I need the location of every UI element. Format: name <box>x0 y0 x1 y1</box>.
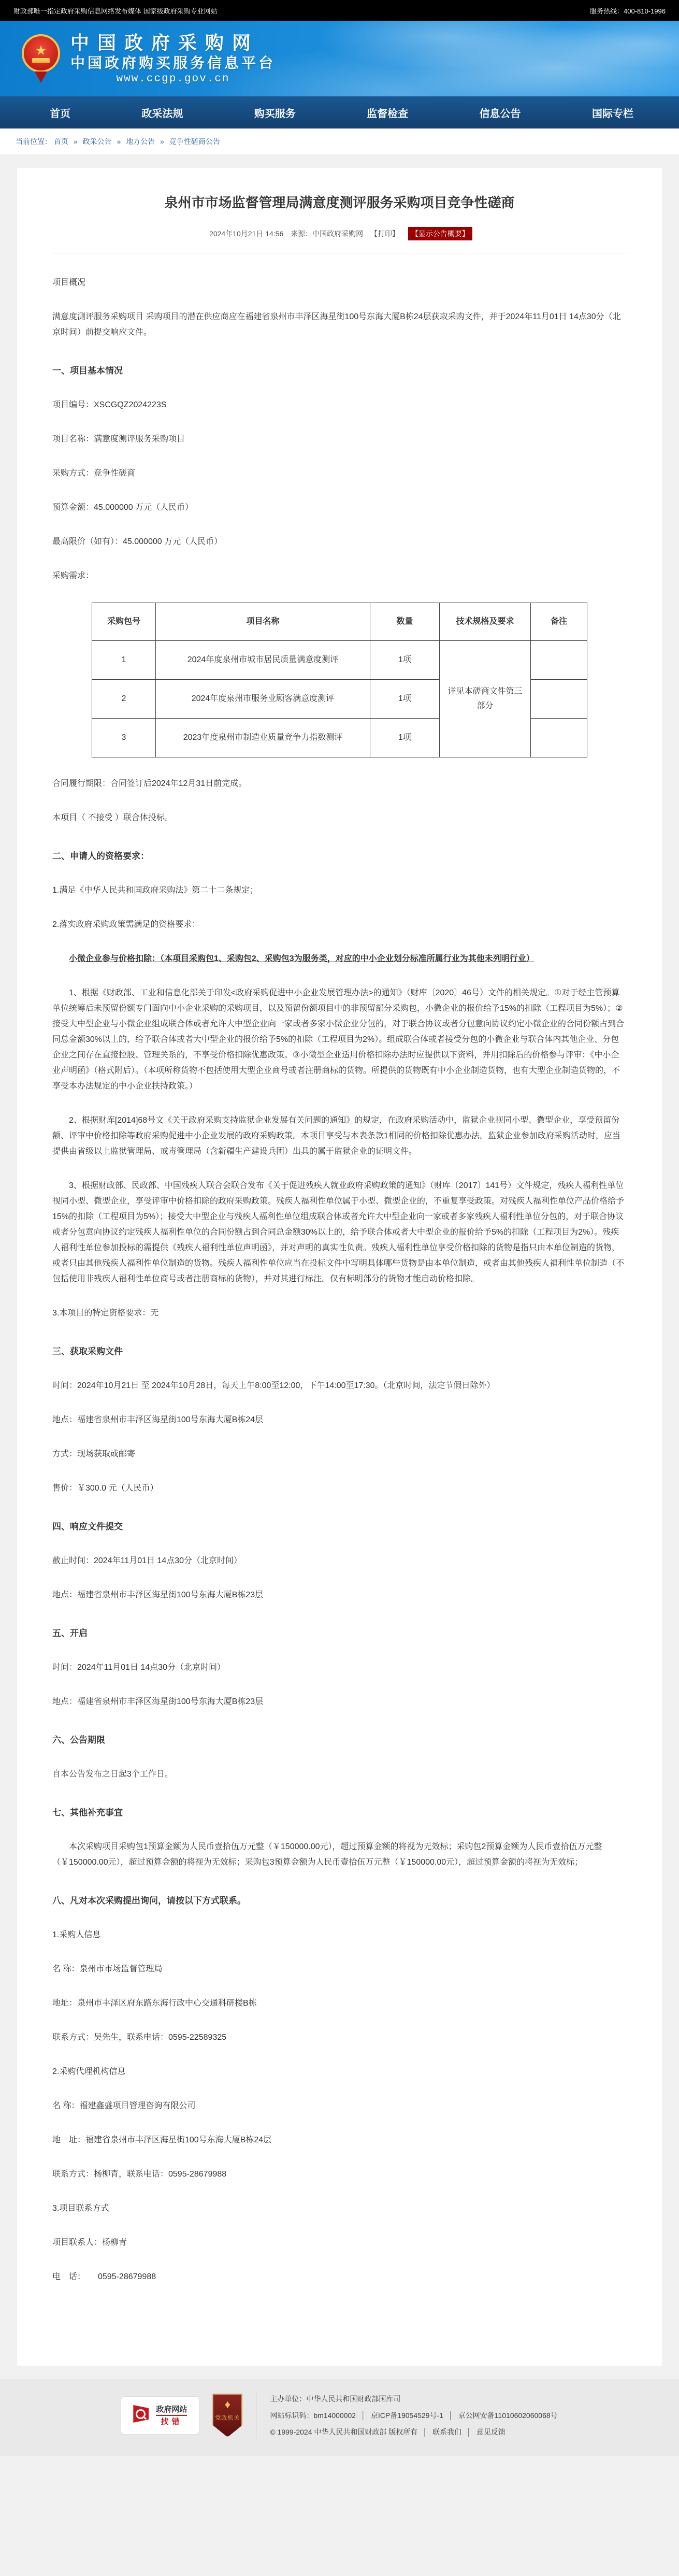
nav-item-5[interactable]: 信息公告 <box>480 105 521 120</box>
breadcrumb: 当前位置：首页 » 政采公告 » 地方公告 » 竞争性磋商公告 <box>0 128 679 154</box>
paragraph: 名 称：泉州市市场监督管理局 <box>52 1962 627 1977</box>
gov-site-error-report-badge[interactable]: 政府网站 找错 <box>121 2397 199 2434</box>
paragraph: 最高限价（如有）：45.000000 万元（人民币） <box>52 534 627 550</box>
table-cell-project-name: 2023年度泉州市制造业质量竞争力指数测评 <box>156 719 370 757</box>
paragraph: 2.采购代理机构信息 <box>52 2064 627 2080</box>
paragraph: 本次采购项目采购包1预算金额为人民币壹拾伍万元整（￥150000.00元），超过… <box>52 1839 627 1870</box>
party-gov-badge-icon[interactable]: ♦ 党政机关 <box>212 2394 242 2437</box>
paragraph: 3.本项目的特定资格要求：无 <box>52 1306 627 1321</box>
table-header-cell: 技术规格及要求 <box>440 603 531 641</box>
article-body: 项目概况满意度测评服务采购项目 采购项目的潜在供应商应在福建省泉州市丰泽区海星街… <box>17 253 662 2285</box>
nav-item-1[interactable]: 首页 <box>50 105 70 120</box>
badge-find-error-top: 政府网站 <box>156 2405 187 2416</box>
section-heading: 二、申请人的资格要求： <box>52 849 627 864</box>
breadcrumb-separator: » <box>71 137 80 146</box>
table-cell-project-name: 2024年度泉州市城市居民质量满意度测评 <box>156 641 370 680</box>
site-slogan: 财政部唯一指定政府采购信息网络发布媒体 国家级政府采购专业网站 <box>13 6 218 16</box>
paragraph: 售价：￥300.0 元（人民币） <box>52 1481 627 1496</box>
paragraph: 2.落实政府采购政策需满足的资格要求： <box>52 917 627 933</box>
paragraph: 预算金额：45.000000 万元（人民币） <box>52 500 627 516</box>
article-source: 来源：中国政府采购网 <box>291 230 363 238</box>
print-button[interactable]: 【打印】 <box>370 230 399 238</box>
paragraph: 采购需求： <box>52 568 627 584</box>
footer-registration-line: 网站标识码：bm14000002│京ICP备19054529号-1│京公网安备1… <box>270 2407 557 2424</box>
breadcrumb-link-2[interactable]: 政采公告 <box>83 137 112 146</box>
paragraph: 项目概况 <box>52 275 627 291</box>
table-row: 12024年度泉州市城市居民质量满意度测评1项详见本磋商文件第三部分 <box>92 641 587 680</box>
paragraph: 采购方式：竞争性磋商 <box>52 466 627 481</box>
section-heading: 四、响应文件提交 <box>52 1519 627 1535</box>
paragraph: 地点：福建省泉州市丰泽区海星街100号东海大厦B栋23层 <box>52 1694 627 1710</box>
publish-datetime: 2024年10月21日 14:56 <box>209 230 283 238</box>
table-cell-spec: 详见本磋商文件第三部分 <box>440 641 531 757</box>
paragraph: 截止时间：2024年11月01日 14点30分（北京时间） <box>52 1553 627 1569</box>
paragraph: 3、根据财政部、民政部、中国残疾人联合会联合发布《关于促进残疾人就业政府采购政策… <box>52 1178 627 1287</box>
footer-separator: │ <box>361 2411 366 2420</box>
breadcrumb-separator: » <box>115 137 123 146</box>
table-cell-note <box>531 719 587 757</box>
footer-text: 主办单位：中华人民共和国财政部国库司 网站标识码：bm14000002│京ICP… <box>270 2391 557 2440</box>
section-heading: 七、其他补充事宜 <box>52 1805 627 1821</box>
breadcrumb-separator: » <box>158 137 166 146</box>
table-cell-quantity: 1项 <box>370 641 440 680</box>
paragraph: 联系方式：杨柳青，联系电话：0595-28679988 <box>52 2167 627 2182</box>
table-header-cell: 项目名称 <box>156 603 370 641</box>
table-cell-quantity: 1项 <box>370 680 440 719</box>
site-url: www.ccgp.gov.cn <box>70 73 276 85</box>
site-header-banner: ★ 中国政府采购网 中国政府购买服务信息平台 www.ccgp.gov.cn <box>0 21 679 96</box>
announcement-card: 泉州市市场监督管理局满意度测评服务采购项目竞争性磋商 2024年10月21日 1… <box>17 168 662 2366</box>
breadcrumb-link-3[interactable]: 地方公告 <box>126 137 155 146</box>
table-cell-note <box>531 641 587 680</box>
paragraph: 3.项目联系方式 <box>52 2201 627 2216</box>
footer-separator: │ <box>449 2411 453 2420</box>
party-badge-label: 党政机关 <box>215 2413 240 2422</box>
paragraph: 时间：2024年11月01日 14点30分（北京时间） <box>52 1660 627 1676</box>
page-background: 泉州市市场监督管理局满意度测评服务采购项目竞争性磋商 2024年10月21日 1… <box>0 154 679 2366</box>
table-header-cell: 采购包号 <box>92 603 156 641</box>
site-name: 中国政府采购网 <box>70 33 276 53</box>
footer-site-code: 网站标识码：bm14000002 <box>270 2411 356 2420</box>
table-cell-note <box>531 680 587 719</box>
paragraph: 项目联系人：杨柳青 <box>52 2235 627 2251</box>
paragraph: 项目编号：XSCGQZ2024223S <box>52 397 627 413</box>
section-heading: 三、获取采购文件 <box>52 1344 627 1359</box>
footer-divider <box>256 2392 256 2439</box>
paragraph: 地点：福建省泉州市丰泽区海星街100号东海大厦B栋23层 <box>52 1587 627 1603</box>
table-cell-package-no: 2 <box>92 680 156 719</box>
badge-find-error-bottom: 找错 <box>156 2417 187 2426</box>
footer-feedback-link[interactable]: 意见反馈 <box>476 2428 505 2436</box>
paragraph: 1、根据《财政部、工业和信息化部关于印发<政府采购促进中小企业发展管理办法>的通… <box>52 985 627 1094</box>
breadcrumb-link-4[interactable]: 竞争性磋商公告 <box>169 137 220 146</box>
footer-separator: │ <box>467 2428 471 2436</box>
nav-item-2[interactable]: 政采法规 <box>141 105 183 120</box>
paragraph: 地址：泉州市丰泽区府东路东海行政中心交通科研楼B栋 <box>52 1996 627 2011</box>
table-header-cell: 数量 <box>370 603 440 641</box>
footer-icp: 京ICP备19054529号-1 <box>371 2411 443 2420</box>
paragraph: 1.满足《中华人民共和国政府采购法》第二十二条规定； <box>52 883 627 898</box>
site-footer: 政府网站 找错 ♦ 党政机关 主办单位：中华人民共和国财政部国库司 网站标识码：… <box>0 2379 679 2456</box>
paragraph: 小微企业参与价格扣除：（本项目采购包1、采购包2、采购包3为服务类，对应的中小企… <box>52 951 627 967</box>
page-title: 泉州市市场监督管理局满意度测评服务采购项目竞争性磋商 <box>17 168 662 211</box>
section-heading: 一、项目基本情况 <box>52 363 627 379</box>
paragraph: 时间：2024年10月21日 至 2024年10月28日，每天上午8:00至12… <box>52 1378 627 1394</box>
table-cell-quantity: 1项 <box>370 719 440 757</box>
paragraph: 电 话： 0595-28679988 <box>52 2269 627 2285</box>
paragraph: 联系方式：吴先生，联系电话：0595-22589325 <box>52 2030 627 2045</box>
footer-police-record: 京公网安备11010602060068号 <box>458 2411 558 2420</box>
show-summary-button[interactable]: 【显示公告概要】 <box>408 227 472 240</box>
site-logo[interactable]: 中国政府采购网 中国政府购买服务信息平台 www.ccgp.gov.cn <box>70 33 276 85</box>
table-cell-project-name: 2024年度泉州市服务业顾客满意度测评 <box>156 680 370 719</box>
national-emblem-icon: ★ <box>22 32 60 85</box>
article-meta: 2024年10月21日 14:56 来源：中国政府采购网 【打印】 【显示公告概… <box>17 227 662 240</box>
paragraph: 项目名称：满意度测评服务采购项目 <box>52 432 627 447</box>
footer-contact-link[interactable]: 联系我们 <box>432 2428 461 2436</box>
requirements-table: 采购包号项目名称数量技术规格及要求备注12024年度泉州市城市居民质量满意度测评… <box>92 603 587 757</box>
paragraph: 方式：现场获取或邮寄 <box>52 1447 627 1462</box>
table-cell-package-no: 3 <box>92 719 156 757</box>
paragraph: 本项目（ 不接受 ）联合体投标。 <box>52 810 627 826</box>
paragraph: 满意度测评服务采购项目 采购项目的潜在供应商应在福建省泉州市丰泽区海星街100号… <box>52 309 627 340</box>
footer-copyright: © 1999-2024 中华人民共和国财政部 版权所有 <box>270 2428 417 2436</box>
find-error-magnifier-icon <box>133 2405 151 2426</box>
paragraph: 2、根据财库[2014]68号文《关于政府采购支持监狱企业发展有关问题的通知》的… <box>52 1113 627 1160</box>
table-header-cell: 备注 <box>531 603 587 641</box>
paragraph: 地点：福建省泉州市丰泽区海星街100号东海大厦B栋24层 <box>52 1412 627 1428</box>
paragraph: 自本公告发布之日起3个工作日。 <box>52 1767 627 1782</box>
nav-item-4[interactable]: 监督检查 <box>367 105 408 120</box>
paragraph: 合同履行期限：合同签订后2024年12月31日前完成。 <box>52 776 627 792</box>
breadcrumb-link-1[interactable]: 首页 <box>54 137 68 146</box>
nav-item-6[interactable]: 国际专栏 <box>592 105 633 120</box>
section-heading: 五、开启 <box>52 1626 627 1641</box>
paragraph: 1.采购人信息 <box>52 1927 627 1943</box>
footer-host-line: 主办单位：中华人民共和国财政部国库司 <box>270 2391 557 2407</box>
main-nav: 首页政采法规购买服务监督检查信息公告国际专栏 <box>0 96 679 128</box>
breadcrumb-prefix: 当前位置： <box>16 137 52 146</box>
section-heading: 六、公告期限 <box>52 1733 627 1748</box>
nav-item-3[interactable]: 购买服务 <box>254 105 296 120</box>
paragraph: 名 称：福建鑫盛项目管理咨询有限公司 <box>52 2098 627 2114</box>
footer-separator: │ <box>423 2428 427 2436</box>
service-hotline: 服务热线：400-810-1996 <box>590 6 666 16</box>
paragraph: 地 址：福建省泉州市丰泽区海星街100号东海大厦B栋24层 <box>52 2133 627 2148</box>
section-heading: 八、凡对本次采购提出询问，请按以下方式联系。 <box>52 1893 627 1909</box>
site-subtitle: 中国政府购买服务信息平台 <box>70 54 276 72</box>
top-utility-bar: 财政部唯一指定政府采购信息网络发布媒体 国家级政府采购专业网站 服务热线：400… <box>0 0 679 21</box>
table-cell-package-no: 1 <box>92 641 156 680</box>
footer-copyright-line: © 1999-2024 中华人民共和国财政部 版权所有│联系我们│意见反馈 <box>270 2424 557 2440</box>
